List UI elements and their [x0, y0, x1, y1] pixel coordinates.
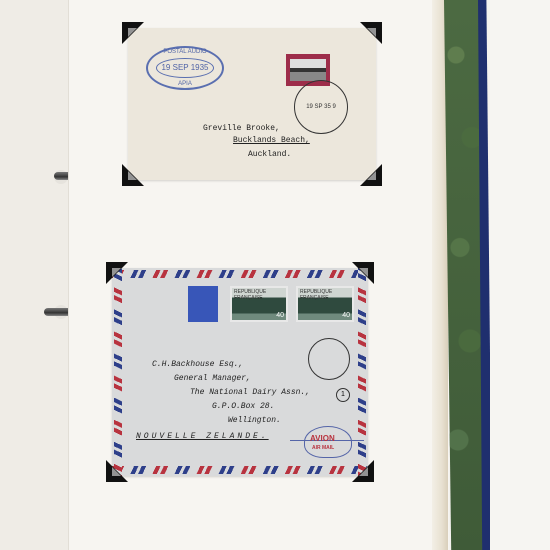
cover-france-airmail: REPUBLIQUE FRANÇAISE 40 REPUBLIQUE FRANÇ…: [112, 268, 368, 476]
address-line: G.P.O.Box 28.: [212, 402, 274, 411]
address-line: The National Dairy Assn.,: [190, 388, 310, 397]
address-line: Wellington.: [228, 416, 281, 425]
photo-corner: [106, 262, 128, 284]
postmark: [308, 338, 350, 380]
marianne-stamp: [188, 286, 218, 322]
address-line: General Manager,: [174, 374, 251, 383]
oval-cancel-date: 19 SEP 1935: [156, 58, 214, 78]
address-line: NOUVELLE ZELANDE.: [136, 432, 269, 441]
photo-corner: [360, 164, 382, 186]
photo-corner: [122, 22, 144, 44]
photo-corner: [122, 164, 144, 186]
postmark: 19 SP 35 9: [294, 80, 348, 134]
photo-corner: [352, 460, 374, 482]
airmail-border: [112, 466, 368, 474]
cover-samoa-1935: POSTAL AUDIO 19 SEP 1935 APIA 19 SP 35 9…: [128, 28, 376, 180]
view-stamp: REPUBLIQUE FRANÇAISE 40: [230, 286, 288, 322]
oval-cancel: POSTAL AUDIO 19 SEP 1935 APIA: [146, 46, 224, 90]
address-line: Bucklands Beach,: [233, 136, 310, 145]
address-line: Auckland.: [248, 150, 291, 159]
airmail-border: [114, 268, 122, 476]
address-line: C.H.Backhouse Esq.,: [152, 360, 243, 369]
photo-corner: [352, 262, 374, 284]
photo-corner: [106, 460, 128, 482]
address-line: Greville Brooke,: [203, 124, 280, 133]
airmail-border: [112, 270, 368, 278]
album-left-page: [0, 0, 72, 550]
background: [490, 0, 550, 550]
photo-corner: [360, 22, 382, 44]
circle-mark: 1: [336, 388, 350, 402]
marbled-board: [444, 0, 484, 550]
oval-cancel-top: POSTAL AUDIO: [148, 49, 222, 55]
airmail-label: AVION AIR MAIL: [290, 426, 364, 458]
view-stamp: REPUBLIQUE FRANÇAISE 40: [296, 286, 354, 322]
oval-cancel-bottom: APIA: [148, 81, 222, 87]
